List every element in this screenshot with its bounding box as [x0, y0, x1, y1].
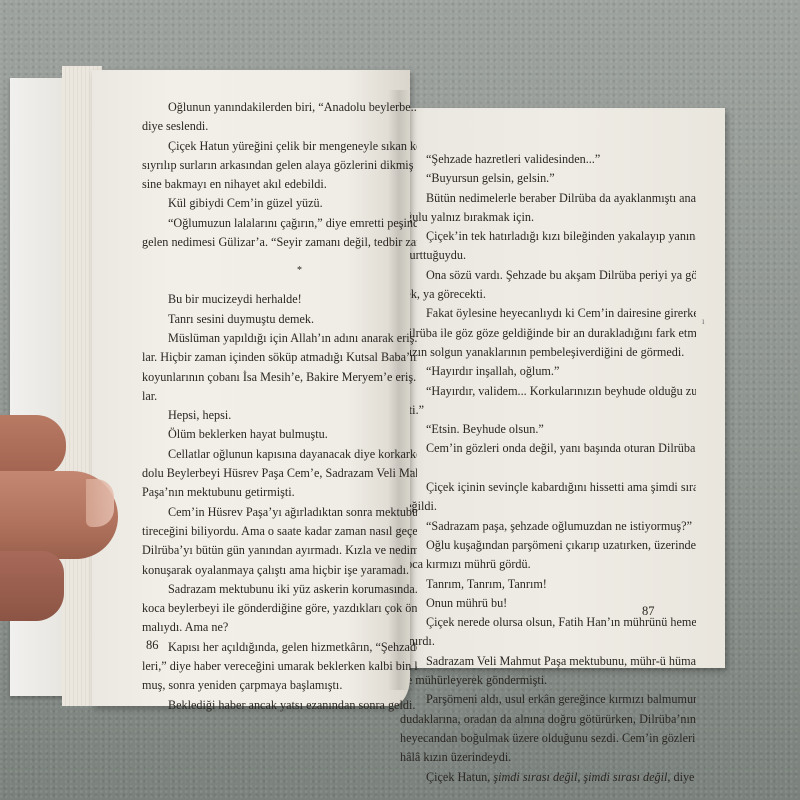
text-line: “Oğlumuzun lalalarını çağırın,” diye emr…: [142, 214, 417, 233]
text-run: Çiçek Hatun,: [426, 770, 493, 784]
text-line: Çiçek Hatun, şimdi sırası değil, şimdi s…: [400, 768, 696, 787]
text-line: Tanrı sesini duymuştu demek.: [142, 310, 417, 329]
text-line: “Hayırdır inşallah, oğlum.”: [400, 362, 696, 381]
text-line: lar. Hiçbir zaman içinden söküp atmadığı…: [142, 348, 417, 367]
text-line: “Etsin. Beyhude olsun.”: [400, 420, 696, 439]
text-line: Kapısı her açıldığında, gelen hizmetkârı…: [142, 638, 417, 657]
left-page[interactable]: Oğlunun yanındakilerden biri, “Anadolu b…: [92, 70, 410, 706]
page-number-left: 86: [146, 638, 159, 653]
text-line: Dilrüba ile göz göze geldiğinde bir an d…: [400, 324, 696, 343]
text-line: Cem’in Hüsrev Paşa’yı ağırladıktan sonra…: [142, 503, 417, 522]
text-line: leri,” diye haber vereceğini umarak bekl…: [142, 657, 417, 676]
text-line: Dilrüba’yı bütün gün yanından ayırmadı. …: [142, 541, 417, 560]
text-line: “Sadrazam paşa, şehzade oğlumuzdan ne is…: [400, 517, 696, 536]
text-line: tanırdı.: [400, 632, 696, 651]
text-line: Çiçek içinin sevinçle kabardığını hisset…: [400, 478, 696, 497]
text-line: heyecandan boğulmak üzere olduğunu sezdi…: [400, 729, 696, 748]
text-line: malıydı. Ama ne?: [142, 618, 417, 637]
text-line: etti.”: [400, 401, 696, 420]
lower-finger: [0, 551, 64, 621]
text-line: dolu Beylerbeyi Hüsrev Paşa Cem’e, Sadra…: [142, 464, 417, 483]
text-line: Kül gibiydi Cem’in güzel yüzü.: [142, 194, 417, 213]
text-line: Kızın solgun yanaklarının pembeleşiverdi…: [400, 343, 696, 362]
text-line: Bu bir mucizeydi herhalde!: [142, 290, 417, 309]
text-line: Sadrazam Veli Mahmut Paşa mektubunu, müh…: [400, 652, 696, 671]
text-run: diye ho-: [670, 770, 696, 784]
text-line: diye seslendi.: [142, 117, 417, 136]
text-line: cek, ya görecekti.: [400, 285, 696, 304]
text-line: Ölüm beklerken hayat bulmuştu.: [142, 425, 417, 444]
text-line: ile mühürleyerek göndermişti.: [400, 671, 696, 690]
text-line: gelen nedimesi Gülizar’a. “Seyir zamanı …: [142, 233, 417, 252]
text-line: koca beylerbeyi ile gönderdiğine göre, y…: [142, 599, 417, 618]
text-line: Ona sözü vardı. Şehzade bu akşam Dilrüba…: [400, 266, 696, 285]
text-line: Müslüman yapıldığı için Allah’ın adını a…: [142, 329, 417, 348]
text-line: Sadrazam mektubunu iki yüz askerin korum…: [142, 580, 417, 599]
margin-mark: ı: [702, 316, 705, 326]
text-line: dı.: [400, 459, 696, 478]
text-line: Oğlunun yanındakilerden biri, “Anadolu b…: [142, 98, 417, 117]
text-line: Tanrım, Tanrım, Tanrım!: [400, 575, 696, 594]
text-line: Cellatlar oğlunun kapısına dayanacak diy…: [142, 445, 417, 464]
text-line: sine bakmayı en nihayet akıl edebildi.: [142, 175, 417, 194]
index-finger: [0, 415, 66, 477]
left-page-text: Oğlunun yanındakilerden biri, “Anadolu b…: [142, 98, 417, 715]
text-line: Hepsi, hepsi.: [142, 406, 417, 425]
right-page-text: “Şehzade hazretleri validesinden...”“Buy…: [400, 150, 696, 787]
text-line: Fakat öylesine heyecanlıydı ki Cem’in da…: [400, 304, 696, 323]
section-separator: *: [142, 252, 417, 290]
text-line: Parşömeni aldı, usul erkân gereğince kır…: [400, 690, 696, 709]
text-line: oturttuğuydu.: [400, 246, 696, 265]
italic-text-run: şimdi sırası değil, şimdi sırası değil,: [493, 770, 670, 784]
text-line: hâlâ kızın üzerindeydi.: [400, 748, 696, 767]
text-line: Çiçek Hatun yüreğini çelik bir mengeneyl…: [142, 137, 417, 156]
text-line: “Buyursun gelsin, gelsin.”: [400, 169, 696, 188]
text-line: tireceğini biliyordu. Ama o saate kadar …: [142, 522, 417, 541]
text-line: Bütün nedimelerle beraber Dilrüba da aya…: [400, 189, 696, 208]
text-line: Çiçek’in tek hatırladığı kızı bileğinden…: [400, 227, 696, 246]
text-line: koca kırmızı mührü gördü.: [400, 555, 696, 574]
text-line: lar.: [142, 387, 417, 406]
hand-holding-book: [0, 415, 118, 620]
text-line: koyunlarının çobanı İsa Mesih’e, Bakire …: [142, 368, 417, 387]
text-line: “Şehzade hazretleri validesinden...”: [400, 150, 696, 169]
text-line: muş, sonra yeniden çarpmaya başlamıştı.: [142, 676, 417, 695]
text-line: konuşarak oyalanmaya çalıştı ama hiçbir …: [142, 561, 417, 580]
text-line: Paşa’nın mektubunu getirmişti.: [142, 483, 417, 502]
book-gutter: [388, 90, 410, 690]
text-line: Beklediği haber ancak yatsı ezanından so…: [142, 696, 417, 715]
thumbnail: [86, 479, 114, 527]
text-line: Oğlu kuşağından parşömeni çıkarıp uzatır…: [400, 536, 696, 555]
page-number-right: 87: [642, 604, 655, 619]
text-line: Cem’in gözleri onda değil, yanı başında …: [400, 439, 696, 458]
text-line: değildi.: [400, 497, 696, 516]
book-photo-scene: “Şehzade hazretleri validesinden...”“Buy…: [0, 0, 800, 800]
text-line: dudaklarına, oradan da alnına doğru götü…: [400, 710, 696, 729]
text-line: oğulu yalnız bırakmak için.: [400, 208, 696, 227]
text-line: “Hayırdır, validem... Korkularınızın bey…: [400, 382, 696, 401]
right-page: “Şehzade hazretleri validesinden...”“Buy…: [392, 108, 725, 668]
text-line: sıyrılıp surların arkasından gelen alaya…: [142, 156, 417, 175]
